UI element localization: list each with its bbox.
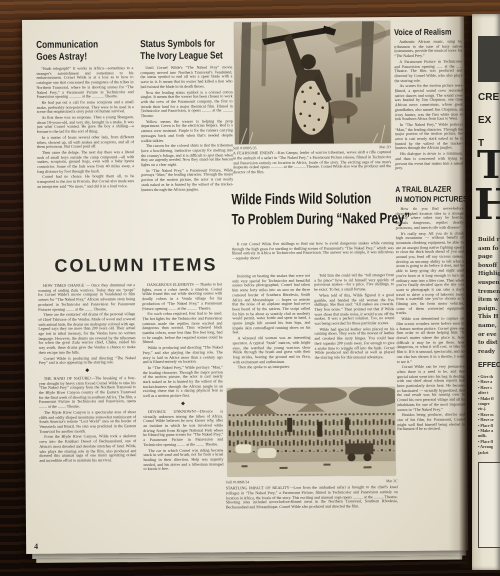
- paragraph: • Have se: [478, 417, 494, 422]
- facing-coupon-box: [478, 462, 500, 548]
- paragraph: • Arrang: [478, 444, 494, 449]
- paragraph: In “The Naked Prey,” Wilde portrays “Man…: [143, 365, 223, 399]
- photo-warrior-rifle: [234, 21, 391, 144]
- title-line: Status Symbols for: [140, 38, 215, 50]
- paragraph: EX: [478, 109, 499, 132]
- paragraph: suspens: [478, 279, 500, 288]
- main-story-lead: It cost Cornel Wilde five shillings to f…: [232, 241, 394, 272]
- photo1-caption: A FEARSOME ENEMY—Ken Gampu, leader of wa…: [233, 150, 391, 188]
- photo-village-scene: [227, 387, 396, 476]
- title-line: Communication: [36, 39, 98, 51]
- article-voice-of-realism: Voice of Realism Authentic African music…: [394, 27, 463, 189]
- paragraph: These are the centuries' old drums of th…: [38, 312, 135, 355]
- paragraph: A Paramount Picture in Technicolor and P…: [394, 59, 462, 83]
- paragraph: As scenes for the motion picture were fi…: [395, 84, 463, 122]
- paragraph: He had put out a call for some scorpions…: [37, 100, 134, 115]
- paragraph: Wilde had special leather soles placed o…: [314, 327, 394, 361]
- paragraph: Wilde was determined to capture on film …: [396, 317, 464, 365]
- article-communication-body: “Bush telegraph!” It works in Africa—som…: [36, 66, 134, 253]
- article-status-body: Until Cornel Wilde's “The Naked Prey” mo…: [140, 65, 233, 252]
- paragraph: In “The Naked Prey,” Wilde portrays “Man…: [395, 122, 463, 151]
- scanned-pressbook-photo: { "page": { "number": "4" }, "divider_gl…: [0, 0, 500, 576]
- paragraph: “Bush telegraph!” It works in Africa—som…: [36, 66, 133, 100]
- paragraph: Authentic African music, sung by tribesm…: [394, 40, 462, 59]
- paragraph: ready: [478, 348, 500, 357]
- paragraph: item w: [478, 296, 500, 305]
- paragraph: In “The Naked Prey,” a Paramount Picture…: [141, 168, 233, 192]
- paragraph: CRE: [478, 86, 499, 109]
- paragraph: boxoff: [478, 262, 500, 271]
- paragraph: DANGEROUS ELEMENTS — Thanks to hot light…: [142, 282, 222, 311]
- paragraph: page: [478, 253, 500, 262]
- paragraph: Build r: [478, 236, 500, 245]
- voice-of-realism-title: Voice of Realism: [394, 27, 462, 38]
- headline-line: Wilde Finds Wild Solution: [231, 189, 371, 210]
- paragraph: jacket: [478, 450, 494, 455]
- main-page: Communication Goes Astray! “Bush telegra…: [22, 17, 468, 554]
- trail-blazer-body: How do you find never-before photographe…: [395, 207, 466, 542]
- column-items-right-top: DANGEROUS ELEMENTS — Thanks to hot light…: [142, 282, 223, 399]
- title-line: IN MOTION PICTURES: [395, 194, 467, 204]
- paragraph: Besides being producer, director and sta…: [397, 413, 465, 432]
- paragraph: DIVORCE UNKNOWN!—Divorce is virtually un…: [143, 409, 223, 447]
- article-communication: Communication Goes Astray! “Bush telegra…: [36, 39, 135, 253]
- column-items-left: HOW TIMES CHANGE — Once they drummed out…: [38, 283, 137, 544]
- paragraph: tremen: [478, 288, 500, 297]
- paragraph: Until Cornel Wilde's “The Naked Prey” mo…: [140, 65, 232, 89]
- paragraph: Highlig: [478, 270, 500, 279]
- paragraph: His dialogue is down to a minimum, and t…: [395, 152, 463, 171]
- article-trail-blazer: A TRAIL BLAZER IN MOTION PICTURES How do…: [395, 185, 466, 542]
- paragraph: paign.: [478, 305, 500, 314]
- trail-blazer-title: A TRAIL BLAZER IN MOTION PICTURES: [395, 185, 463, 205]
- paragraph: Insisting on beating the snakes that wer…: [232, 274, 310, 336]
- article-status-title: Status Symbols for The Ivory League Set: [140, 38, 232, 62]
- facing-bullets-title: EFFECT: [478, 362, 500, 369]
- paragraph: Then came the deluge. The next day there…: [37, 150, 134, 174]
- paragraph: Wilde is producing and directing “The Na…: [143, 346, 223, 365]
- title-line: Voice of Realism: [394, 27, 451, 37]
- paragraph: From the Blyde River Canyon, Wilde took …: [39, 435, 136, 464]
- facing-bullet-list: • Give th• Have a• Have s after t• Make …: [478, 374, 494, 455]
- photo1-still-number: Still #10805/35: [233, 146, 257, 150]
- page-number: 4: [34, 542, 38, 551]
- village-photo-illustration: [227, 387, 396, 476]
- photo2-caption: STARTLING IMPACT OF REALITY—Loot from th…: [226, 485, 398, 524]
- article-status-symbols: Status Symbols for The Ivory League Set …: [140, 38, 234, 252]
- paragraph: When told of this, Wilde figured it a go…: [314, 293, 394, 327]
- paragraph: The reason for the colored shirts is tha…: [141, 144, 233, 168]
- paragraph: This H: [478, 313, 500, 322]
- item-divider: ◆: [143, 401, 223, 408]
- paragraph: In a matter of hours several other lads,…: [37, 135, 134, 150]
- paragraph: to dist: [478, 339, 500, 348]
- column-items-right: DANGEROUS ELEMENTS — Thanks to hot light…: [142, 282, 224, 543]
- column-items-right-bottom: DIVORCE UNKNOWN!—Divorce is virtually un…: [143, 409, 223, 473]
- photo1-mat-number: Mat 2D: [379, 145, 391, 149]
- warrior-photo-illustration: [234, 21, 391, 144]
- paragraph: Now the leading status symbol is a color…: [141, 90, 233, 119]
- paragraph: A wizened old woman was an interesting s…: [232, 336, 310, 365]
- title-line: A TRAIL BLAZER: [395, 185, 451, 195]
- paragraph: THE HAND OF NATURE!—The breaking of a fo…: [39, 376, 136, 410]
- item-divider: ◆: [39, 368, 136, 375]
- headline-line: To Problem During “Naked Prey”: [232, 209, 411, 230]
- paragraph: The Blyde River Canyon is a spectacular …: [39, 410, 136, 434]
- giant-letter-h: H: [474, 180, 500, 229]
- voice-of-realism-body: Authentic African music, sung by tribesm…: [394, 40, 463, 189]
- paragraph: Yellow means the wearer is helping the p…: [141, 119, 233, 143]
- main-headline: Wilde Finds Wild Solution To Problem Dur…: [231, 189, 395, 230]
- paragraph: Told him she could tell the “tall strang…: [314, 273, 394, 292]
- book-gutter-shadow: [459, 16, 473, 568]
- photo2-credit-row: Still #10898/34 Mat 2C: [226, 479, 398, 484]
- photo2-still-number: Still #10898/34: [226, 480, 250, 484]
- paragraph: It's really easy. All you do is climb hi…: [396, 231, 465, 316]
- paragraph: Cornel had no choice. He bought them all…: [37, 175, 134, 190]
- photo2-mat-number: Mat 2C: [386, 479, 398, 483]
- column-items-left-bottom: THE HAND OF NATURE!—The breaking of a fo…: [39, 376, 137, 464]
- paragraph: Cornel Wilde can be very persuasive when…: [397, 365, 465, 413]
- facing-page: CREEXT T H Build rasm fopageboxoffHighli…: [472, 14, 500, 570]
- paragraph: name,: [478, 322, 500, 331]
- paragraph: The car in which Cornel was riding becam…: [143, 448, 223, 472]
- paragraph: For each cobra required, four had to be …: [142, 312, 222, 346]
- article-communication-title: Communication Goes Astray!: [36, 39, 133, 63]
- facing-page-photo-fragment: [478, 36, 500, 82]
- facing-promo-text: Build rasm fopageboxoffHighligsuspenstre…: [478, 236, 500, 356]
- paragraph: At first there was no response. Then a y…: [37, 115, 134, 135]
- title-line: Goes Astray!: [36, 51, 87, 63]
- paragraph: or eve: [478, 331, 500, 340]
- paragraph: Then she spoke to an interpreter.: [233, 365, 311, 370]
- title-line: The Ivory League Set: [140, 50, 223, 62]
- column-items-left-top: HOW TIMES CHANGE — Once they drummed out…: [38, 283, 136, 367]
- paragraph: asm fo: [478, 245, 500, 254]
- main-story-col-left: Insisting on beating the snakes that wer…: [232, 274, 311, 385]
- paragraph: It cost Cornel Wilde five shillings to f…: [232, 241, 394, 261]
- column-items-title: COLUMN ITEMS: [38, 254, 234, 277]
- paragraph: Cornel Wilde is producing and directing …: [39, 356, 136, 366]
- main-story-col-right: Told him she could tell the “tall strang…: [314, 273, 395, 384]
- paragraph: HOW TIMES CHANGE — Once they drummed out…: [38, 283, 135, 312]
